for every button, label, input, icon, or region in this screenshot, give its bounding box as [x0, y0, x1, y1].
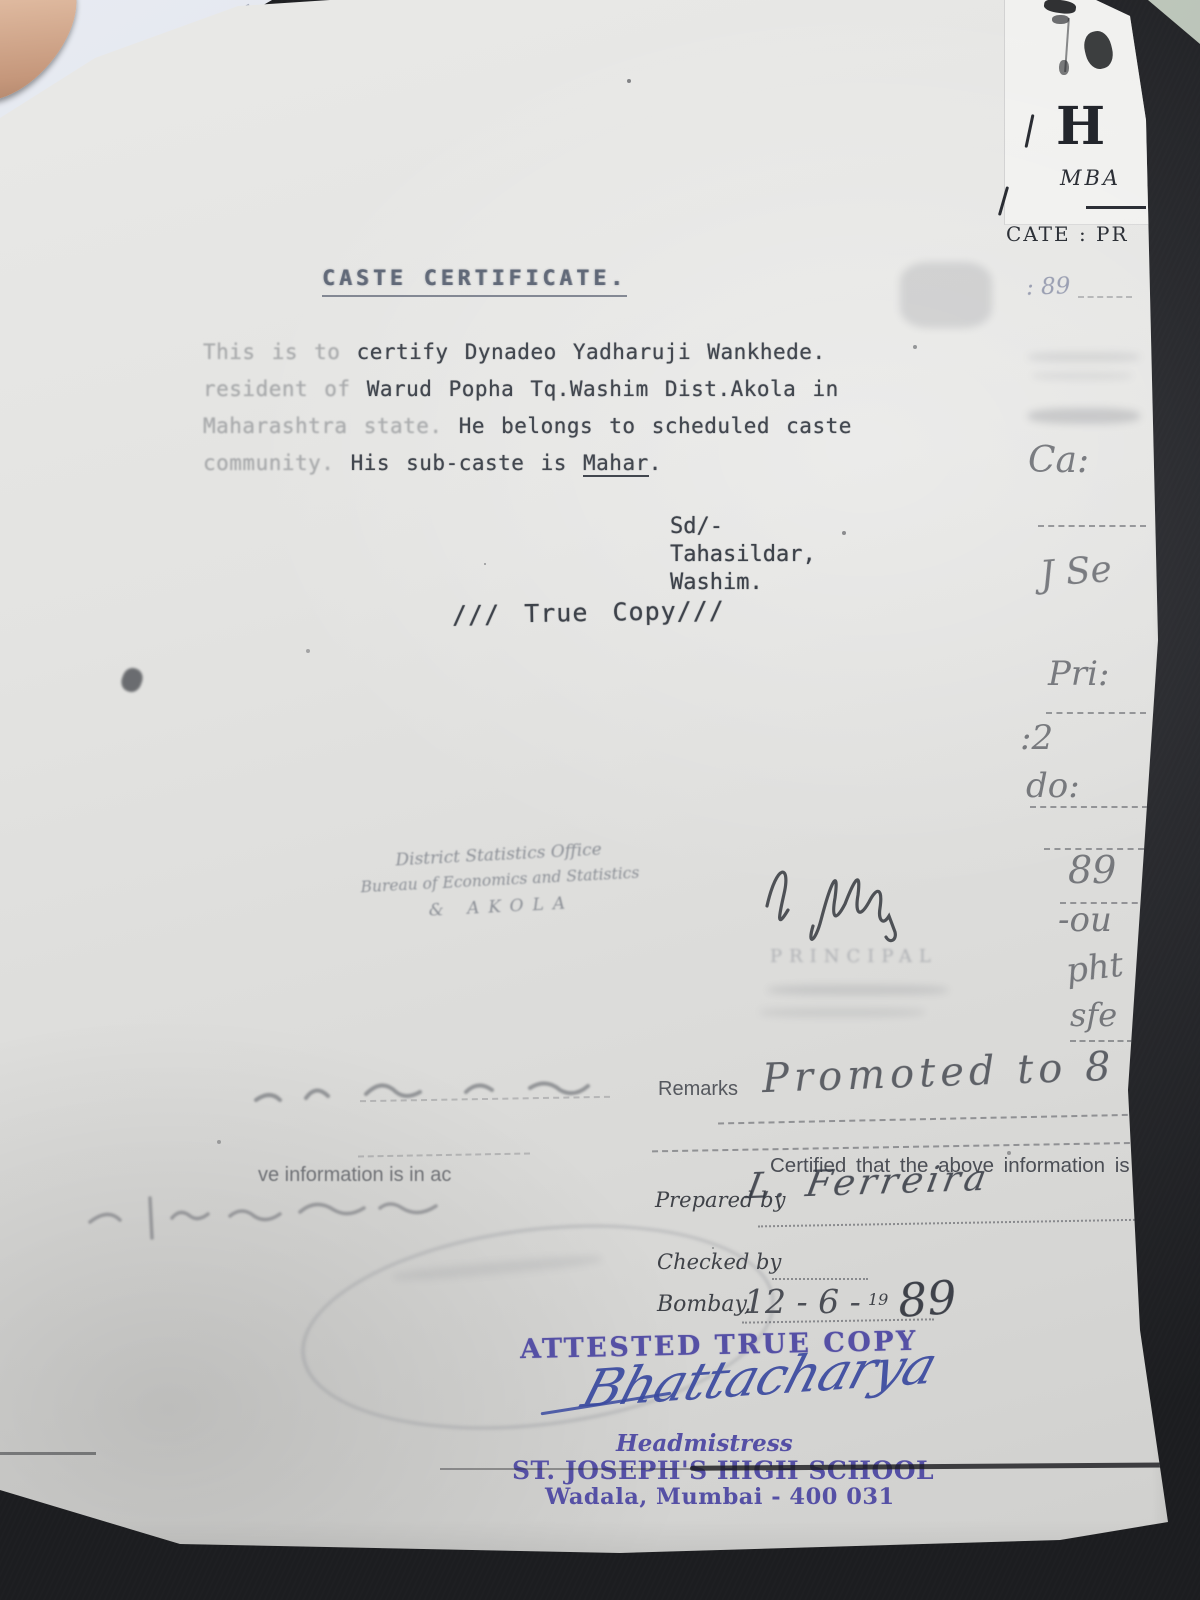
- body-line-1-faded: This is to: [203, 340, 357, 364]
- body-line-3: Maharashtra state. He belongs to schedul…: [203, 408, 883, 445]
- margin-smudge-1: [1028, 352, 1140, 362]
- scratch-line-mid: [440, 1468, 695, 1470]
- gray-smudge-block: [900, 262, 992, 328]
- body-line-3-faded: Maharashtra state.: [203, 414, 459, 438]
- ink-smear-left-margin: [118, 665, 145, 694]
- margin-fragment-4: :2: [1020, 718, 1053, 758]
- body-line-2-faded: resident of: [203, 377, 367, 401]
- body-line-4-faded: community.: [203, 451, 351, 475]
- margin-dash-2: [1046, 712, 1146, 714]
- ink-blob-2: [1052, 15, 1069, 24]
- margin-fragment-8: pht: [1064, 945, 1126, 992]
- margin-dash-1: [1038, 525, 1146, 527]
- margin-fragment-5: do:: [1026, 766, 1080, 806]
- margin-smudge-3: [1028, 408, 1140, 424]
- letterhead-rule: [1086, 206, 1146, 209]
- sd-line: Sd/-: [670, 513, 816, 541]
- margin-fragment-3: Pri:: [1048, 654, 1109, 694]
- signatory-block: Sd/- Tahasildar, Washim.: [670, 513, 816, 597]
- number-fragment: : 89: [1026, 273, 1071, 301]
- document-paper: CASTE CERTIFICATE. This is to certify Dy…: [0, 0, 1200, 1600]
- certified-upper-line: [652, 1142, 1150, 1153]
- prepared-by-signature: L. Ferreira: [744, 1158, 994, 1207]
- checked-by-line: [772, 1278, 868, 1280]
- signatory-title: Tahasildar,: [670, 541, 816, 569]
- body-line-2: resident of Warud Popha Tq.Washim Dist.A…: [203, 371, 883, 408]
- remarks-line: [718, 1113, 1148, 1124]
- district-statistics-stamp: District Statistics Office Bureau of Eco…: [338, 837, 661, 926]
- signatory-place: Washim.: [670, 569, 816, 597]
- faded-stamp-smudge-1: [768, 985, 948, 995]
- date-year-handwritten: 89: [896, 1270, 958, 1328]
- body-line-4: community. His sub-caste is Mahar.: [203, 445, 883, 482]
- certificate-title: CASTE CERTIFICATE.: [322, 266, 627, 297]
- prepared-by-line: [758, 1219, 1150, 1228]
- margin-dash-3: [1030, 806, 1148, 808]
- body-line-3-text: He belongs to scheduled caste: [459, 414, 852, 438]
- margin-fragment-7: -ou: [1058, 900, 1112, 940]
- body-line-2-text: Warud Popha Tq.Washim Dist.Akola in: [367, 377, 839, 401]
- remarks-handwritten-value: Promoted to 8: [761, 1044, 1116, 1102]
- body-line-1: This is to certify Dynadeo Yadharuji Wan…: [203, 334, 883, 371]
- remarks-label: Remarks: [658, 1078, 738, 1101]
- margin-fragment-1: Ca:: [1028, 440, 1089, 481]
- certificate-body: This is to certify Dynadeo Yadharuji Wan…: [203, 334, 883, 482]
- letterhead-fragment: MBA: [1060, 166, 1121, 190]
- letterhead-monogram: H: [1056, 96, 1105, 157]
- ghost-signature: [80, 1178, 510, 1250]
- certificate-word-fragment: CATE : PR: [1006, 222, 1129, 246]
- certified-left-ghost-line: [358, 1152, 530, 1157]
- principal-stamp: PRINCIPAL: [770, 946, 938, 967]
- scratch-line-left: [0, 1452, 96, 1455]
- margin-fragment-9: sfe: [1070, 996, 1117, 1034]
- margin-fragment-6: 89: [1068, 848, 1116, 892]
- date-printed-prefix: 19: [868, 1290, 888, 1309]
- body-line-1-text: certify Dynadeo Yadharuji Wankhede.: [357, 340, 826, 364]
- subcaste-underlined: Mahar: [583, 451, 649, 477]
- ghost-writing-1: [248, 1066, 618, 1114]
- margin-dash-0: [1078, 296, 1132, 298]
- faded-stamp-smudge-2: [760, 1008, 925, 1017]
- margin-fragment-2: J Se: [1038, 549, 1113, 596]
- true-copy-line: /// True Copy///: [452, 596, 725, 630]
- body-line-4-text: His sub-caste is: [351, 451, 583, 475]
- headmistress-title: Headmistress: [616, 1430, 793, 1457]
- school-address-stamp: Wadala, Mumbai - 400 031: [545, 1484, 895, 1510]
- body-line-4-end: .: [649, 451, 662, 475]
- margin-smudge-2: [1032, 372, 1132, 380]
